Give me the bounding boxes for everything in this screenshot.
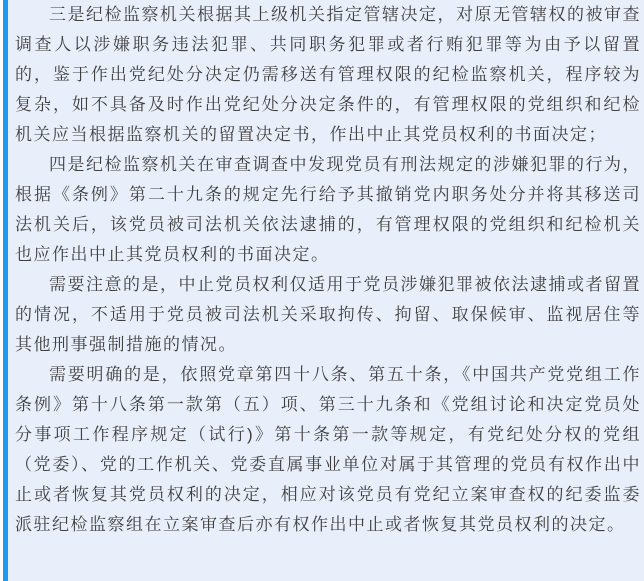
body-paragraph-3: 需要注意的是，中止党员权利仅适用于党员涉嫌犯罪被依法逮捕或者留置的情况，不适用于… <box>15 270 641 360</box>
body-paragraph-4: 需要明确的是，依照党章第四十八条、第五十条，《中国共产党党组工作条例》第十八条第… <box>15 360 641 540</box>
article-text-body: 三是纪检监察机关根据其上级机关指定管辖决定，对原无管辖权的被审查调查人以涉嫌职务… <box>12 0 641 540</box>
article-page: 三是纪检监察机关根据其上级机关指定管辖决定，对原无管辖权的被审查调查人以涉嫌职务… <box>0 0 644 581</box>
left-accent-bar <box>3 0 8 581</box>
quote-block: 三是纪检监察机关根据其上级机关指定管辖决定，对原无管辖权的被审查调查人以涉嫌职务… <box>3 0 644 581</box>
body-paragraph-2: 四是纪检监察机关在审查调查中发现党员有刑法规定的涉嫌犯罪的行为，根据《条例》第二… <box>15 150 641 270</box>
body-paragraph-1: 三是纪检监察机关根据其上级机关指定管辖决定，对原无管辖权的被审查调查人以涉嫌职务… <box>15 0 641 150</box>
